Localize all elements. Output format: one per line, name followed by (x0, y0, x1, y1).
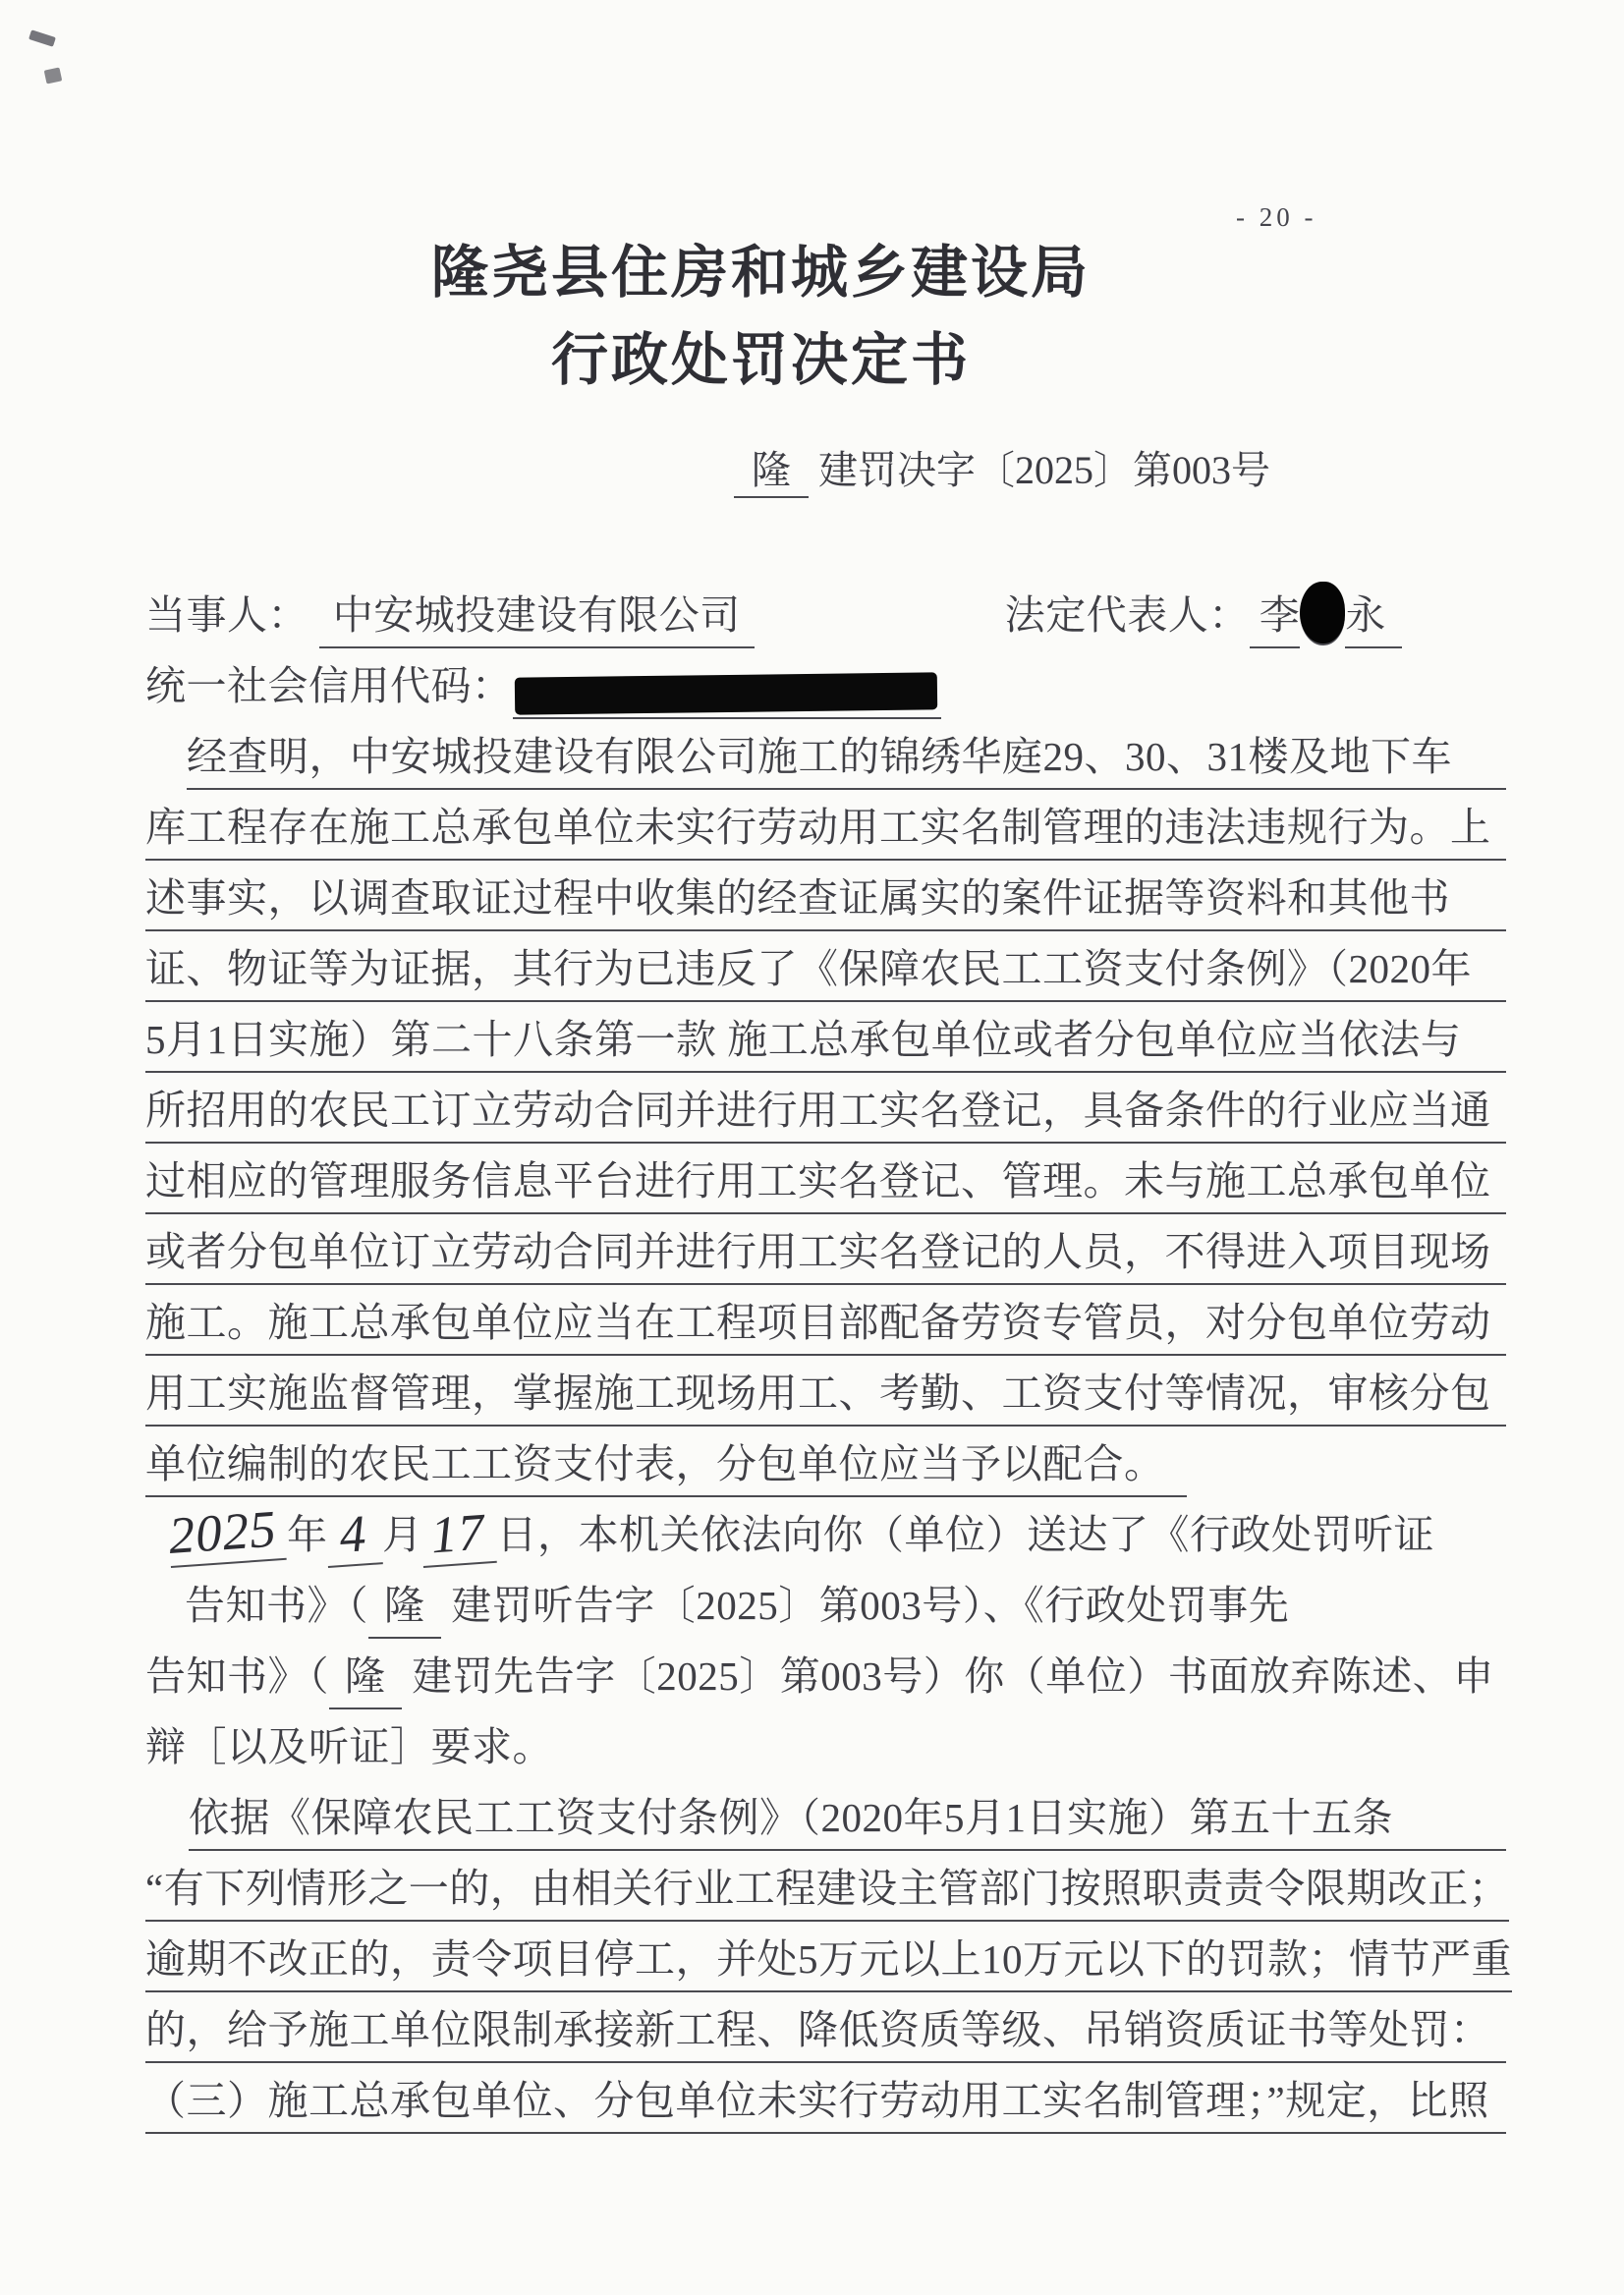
text-segment: 经查明，中安城投建设有限公司施工的锦绣华庭29、30、31楼及地下车 (187, 730, 1506, 790)
document-line: 库工程存在施工总承包单位未实行劳动用工实名制管理的违法违规行为。上 (145, 790, 1506, 861)
document-line: 2025年4月17日，本机关依法向你（单位）送达了《行政处罚听证 (145, 1497, 1506, 1568)
page-number: - 20 - (1236, 202, 1316, 233)
document-line: 所招用的农民工订立劳动合同并进行用工实名登记，具备条件的行业应当通 (145, 1073, 1506, 1144)
text-segment: 月 (382, 1508, 423, 1568)
text-segment: 李 (1250, 588, 1301, 648)
text-segment: 隆 (329, 1650, 402, 1709)
document-line: “有下列情形之一的，由相关行业工程建设主管部门按照职责责令限期改正； (145, 1851, 1506, 1922)
text-segment: 5月1日实施）第二十八条第一款 施工总承包单位或者分包单位应当依法与 (145, 1013, 1506, 1073)
text-segment: 所招用的农民工订立劳动合同并进行用工实名登记，具备条件的行业应当通 (145, 1084, 1506, 1144)
document-line: 辩［以及听证］要求。 (145, 1709, 1506, 1780)
doc-number-rest: 建罚决字〔2025〕第003号 (809, 448, 1270, 492)
handwritten-date: 2025 (167, 1504, 287, 1568)
document-line: （三）施工总承包单位、分包单位未实行劳动用工实名制管理；”规定，比照 (145, 2063, 1506, 2134)
document-line: 5月1日实施）第二十八条第一款 施工总承包单位或者分包单位应当依法与 (145, 1002, 1506, 1073)
text-segment: 单位编制的农民工工资支付表，分包单位应当予以配合。 (145, 1437, 1187, 1497)
text-segment: 年 (287, 1508, 328, 1568)
document-line: 单位编制的农民工工资支付表，分包单位应当予以配合。 (145, 1427, 1506, 1497)
text-segment: “有下列情形之一的，由相关行业工程建设主管部门按照职责责令限期改正； (145, 1862, 1509, 1922)
document-line: 告知书》（隆 建罚先告字〔2025〕第003号）你（单位）书面放弃陈述、申 (145, 1639, 1506, 1709)
document-line: 经查明，中安城投建设有限公司施工的锦绣华庭29、30、31楼及地下车 (145, 719, 1506, 790)
doc-number: 隆 建罚决字〔2025〕第003号 (734, 439, 1270, 495)
text-segment: 逾期不改正的，责令项目停工，并处5万元以上10万元以下的罚款；情节严重 (145, 1932, 1512, 1992)
doc-type-title: 行政处罚决定书 (81, 325, 1441, 397)
text-segment: 用工实施监督管理，掌握施工现场用工、考勤、工资支付等情况，审核分包 (145, 1367, 1506, 1427)
document-line: 过相应的管理服务信息平台进行用工实名登记、管理。未与施工总承包单位 (145, 1144, 1506, 1214)
org-title: 隆尧县住房和城乡建设局 (81, 238, 1441, 309)
text-segment: （三）施工总承包单位、分包单位未实行劳动用工实名制管理；”规定，比照 (145, 2074, 1506, 2134)
document-title: 隆尧县住房和城乡建设局 行政处罚决定书 (81, 238, 1441, 412)
redaction-bar (513, 675, 941, 719)
document-line: 统一社会信用代码： (145, 648, 1506, 719)
text-segment: 日，本机关依法向你（单位）送达了《行政处罚听证 (497, 1508, 1435, 1568)
document-line: 逾期不改正的，责令项目停工，并处5万元以上10万元以下的罚款；情节严重 (145, 1922, 1506, 1992)
text-segment: 过相应的管理服务信息平台进行用工实名登记、管理。未与施工总承包单位 (145, 1154, 1506, 1214)
redaction-blob (1300, 582, 1345, 645)
spacer (755, 642, 1005, 648)
scan-artifact (44, 67, 63, 84)
text-segment: 中安城投建设有限公司 (319, 588, 755, 648)
document-line: 的，给予施工单位限制承接新工程、降低资质等级、吊销资质证书等处罚： (145, 1992, 1506, 2063)
redaction-bar-fill (514, 672, 936, 714)
text-segment: 述事实，以调查取证过程中收集的经查证属实的案件证据等资料和其他书 (145, 871, 1506, 931)
document-line: 当事人： 中安城投建设有限公司法定代表人：李永 (145, 578, 1506, 648)
handwritten-date: 4 (324, 1508, 382, 1568)
text-segment: 统一社会信用代码： (145, 659, 513, 719)
text-segment: 或者分包单位订立劳动合同并进行用工实名登记的人员，不得进入项目现场 (145, 1225, 1506, 1285)
document-page: - 20 - 隆尧县住房和城乡建设局 行政处罚决定书 隆 建罚决字〔2025〕第… (0, 0, 1624, 2295)
handwritten-date: 17 (420, 1507, 497, 1568)
text-segment: 当事人： (145, 588, 319, 648)
document-line: 证、物证等为证据，其行为已违反了《保障农民工工资支付条例》（2020年 (145, 931, 1506, 1002)
text-segment: 施工。施工总承包单位应当在工程项目部配备劳资专管员，对分包单位劳动 (145, 1296, 1506, 1356)
text-segment: 隆 (368, 1579, 441, 1639)
text-segment: 建罚先告字〔2025〕第003号）你（单位）书面放弃陈述、申 (402, 1650, 1494, 1709)
text-segment: 辩［以及听证］要求。 (145, 1720, 553, 1780)
document-line: 告知书》（隆 建罚听告字〔2025〕第003号）、《行政处罚事先 (145, 1568, 1506, 1639)
text-segment: 法定代表人： (1005, 588, 1250, 648)
document-body: 当事人： 中安城投建设有限公司法定代表人：李永统一社会信用代码：经查明，中安城投… (145, 578, 1506, 2134)
document-line: 或者分包单位订立劳动合同并进行用工实名登记的人员，不得进入项目现场 (145, 1214, 1506, 1285)
doc-number-prefix: 隆 (734, 448, 809, 498)
text-segment: 永 (1345, 588, 1402, 648)
text-segment: 证、物证等为证据，其行为已违反了《保障农民工工资支付条例》（2020年 (145, 942, 1506, 1002)
document-line: 述事实，以调查取证过程中收集的经查证属实的案件证据等资料和其他书 (145, 861, 1506, 931)
text-segment: 依据《保障农民工工资支付条例》（2020年5月1日实施）第五十五条 (189, 1791, 1506, 1851)
scan-artifact (28, 29, 56, 47)
text-segment: 告知书》（ (185, 1579, 368, 1639)
document-line: 施工。施工总承包单位应当在工程项目部配备劳资专管员，对分包单位劳动 (145, 1285, 1506, 1356)
document-line: 用工实施监督管理，掌握施工现场用工、考勤、工资支付等情况，审核分包 (145, 1356, 1506, 1427)
document-line: 依据《保障农民工工资支付条例》（2020年5月1日实施）第五十五条 (145, 1780, 1506, 1851)
text-segment: 建罚听告字〔2025〕第003号）、《行政处罚事先 (441, 1579, 1290, 1639)
text-segment: 告知书》（ (145, 1650, 329, 1709)
text-segment: 的，给予施工单位限制承接新工程、降低资质等级、吊销资质证书等处罚： (145, 2003, 1506, 2063)
text-segment: 库工程存在施工总承包单位未实行劳动用工实名制管理的违法违规行为。上 (145, 801, 1506, 861)
